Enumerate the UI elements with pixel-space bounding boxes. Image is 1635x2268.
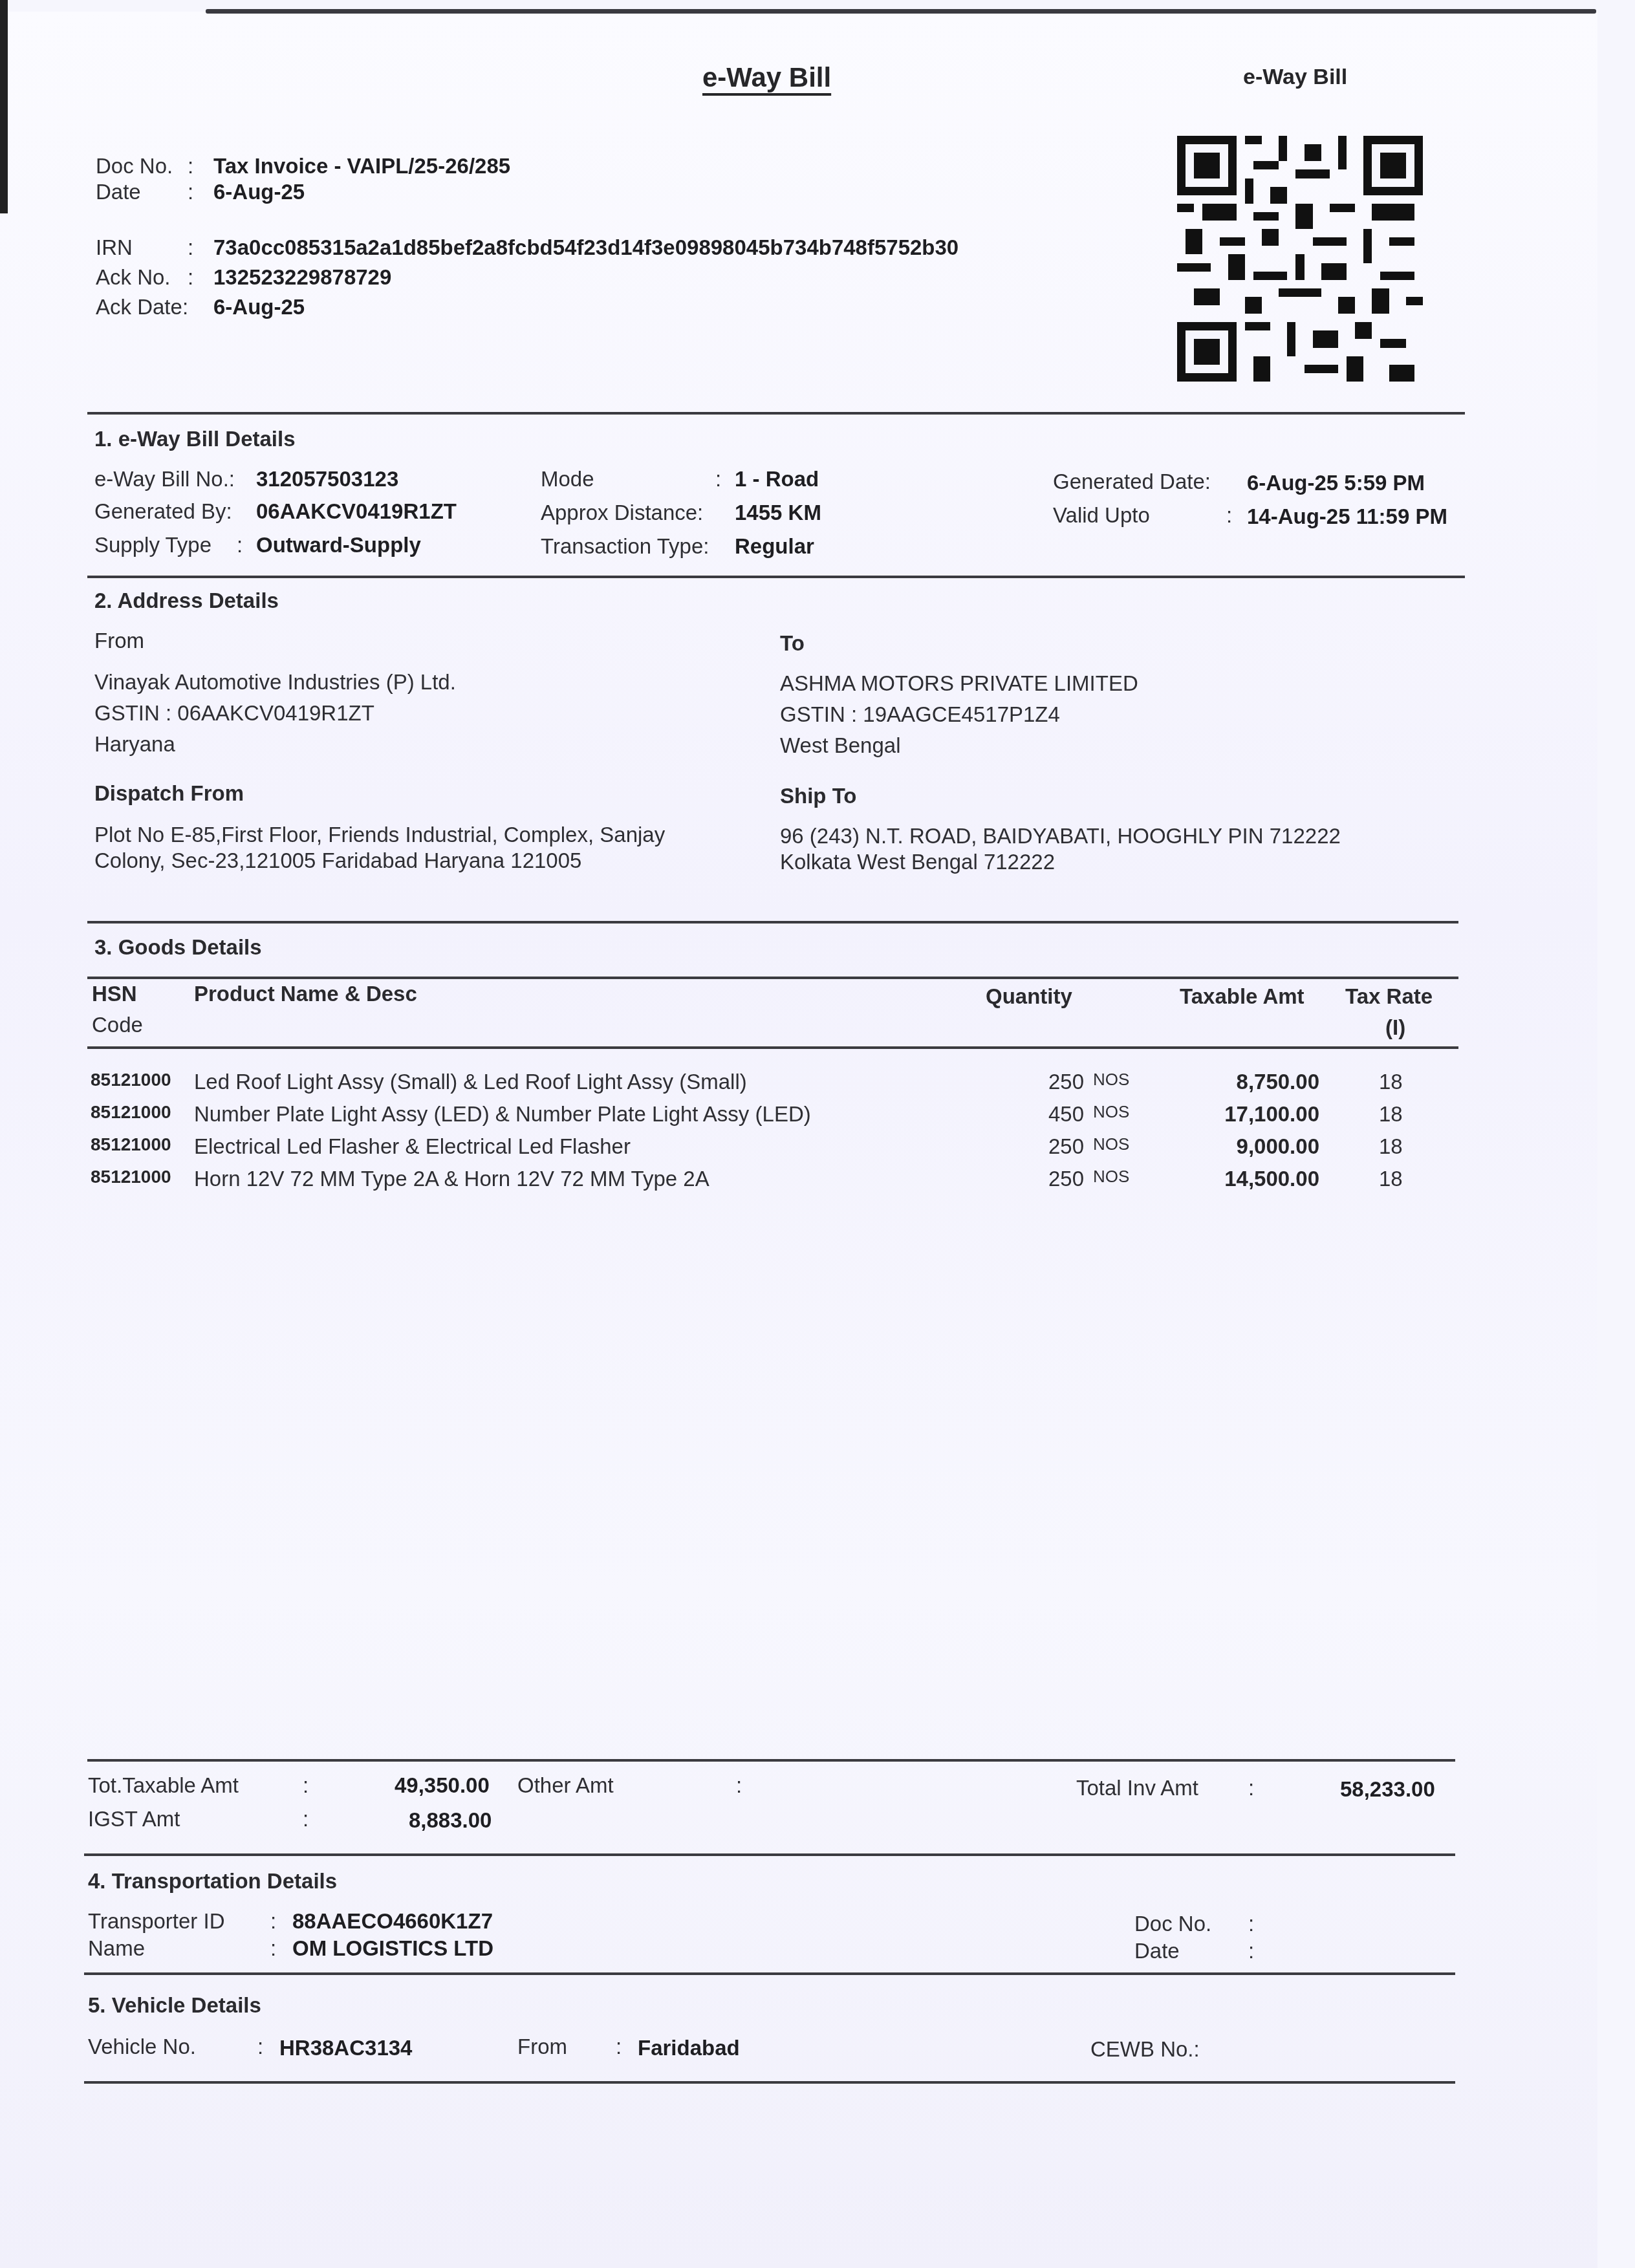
goods-unit: NOS — [1093, 1070, 1129, 1090]
goods-tax-rate: 18 — [1379, 1167, 1403, 1191]
goods-qty: 250 — [1039, 1070, 1084, 1094]
colon: : — [188, 265, 193, 290]
to-label: To — [780, 631, 805, 656]
generated-date-value: 6-Aug-25 5:59 PM — [1247, 471, 1425, 495]
colon: : — [188, 154, 193, 178]
col-tax-rate: Tax Rate — [1345, 984, 1433, 1009]
ack-no-label: Ack No. — [96, 265, 171, 290]
ewb-no-label: e-Way Bill No.: — [94, 467, 235, 491]
doc-no-value: Tax Invoice - VAIPL/25-26/285 — [213, 154, 510, 178]
colon: : — [1248, 1912, 1254, 1936]
goods-tax-rate: 18 — [1379, 1134, 1403, 1159]
col-tax-rate-type: (I) — [1385, 1015, 1405, 1040]
colon: : — [1248, 1776, 1254, 1800]
igst-value: 8,883.00 — [409, 1808, 492, 1833]
goods-desc: Number Plate Light Assy (LED) & Number P… — [194, 1102, 811, 1127]
date-label: Date — [96, 180, 141, 204]
goods-qty: 250 — [1039, 1167, 1084, 1191]
divider — [87, 1046, 1458, 1049]
vehicle-no-label: Vehicle No. — [88, 2035, 196, 2059]
col-hsn-code: Code — [92, 1013, 143, 1037]
goods-qty: 250 — [1039, 1134, 1084, 1159]
igst-label: IGST Amt — [88, 1807, 180, 1831]
other-amt-label: Other Amt — [517, 1773, 614, 1798]
to-state: West Bengal — [780, 733, 901, 758]
ship-address-line2: Kolkata West Bengal 712222 — [780, 850, 1055, 874]
divider — [87, 412, 1465, 415]
section-vehicle-title: 5. Vehicle Details — [88, 1993, 261, 2018]
col-taxable: Taxable Amt — [1180, 984, 1305, 1009]
irn-label: IRN — [96, 235, 133, 260]
goods-amount: 8,750.00 — [1151, 1070, 1319, 1094]
transporter-id-label: Transporter ID — [88, 1909, 225, 1934]
goods-hsn: 85121000 — [91, 1134, 171, 1155]
col-hsn: HSN — [92, 982, 137, 1006]
from-gstin: GSTIN : 06AAKCV0419R1ZT — [94, 701, 374, 726]
dispatch-from-label: Dispatch From — [94, 781, 244, 806]
ack-date-label: Ack Date: — [96, 295, 188, 319]
colon: : — [1226, 503, 1232, 528]
vehicle-from-value: Faridabad — [638, 2036, 740, 2060]
vehicle-from-label: From — [517, 2035, 567, 2059]
colon: : — [303, 1773, 309, 1798]
qr-caption: e-Way Bill — [1243, 65, 1347, 90]
vehicle-no-value: HR38AC3134 — [279, 2036, 412, 2060]
colon: : — [257, 2035, 263, 2059]
ship-to-label: Ship To — [780, 784, 857, 808]
ack-no-value: 132523229878729 — [213, 265, 391, 290]
colon: : — [188, 235, 193, 260]
transport-date-label: Date — [1134, 1939, 1180, 1963]
transporter-name-label: Name — [88, 1936, 145, 1961]
distance-label: Approx Distance: — [541, 501, 703, 525]
goods-amount: 14,500.00 — [1151, 1167, 1319, 1191]
mode-value: 1 - Road — [735, 467, 819, 491]
total-inv-value: 58,233.00 — [1340, 1777, 1435, 1802]
divider — [87, 977, 1458, 979]
qr-code-icon — [1177, 136, 1423, 382]
transporter-name-value: OM LOGISTICS LTD — [292, 1936, 493, 1961]
goods-hsn: 85121000 — [91, 1070, 171, 1090]
transport-doc-no-label: Doc No. — [1134, 1912, 1211, 1936]
transaction-type-value: Regular — [735, 534, 814, 559]
colon: : — [237, 533, 243, 557]
goods-tax-rate: 18 — [1379, 1070, 1403, 1094]
col-quantity: Quantity — [986, 984, 1072, 1009]
divider — [87, 576, 1465, 578]
colon: : — [1248, 1939, 1254, 1963]
from-label: From — [94, 629, 144, 653]
goods-amount: 17,100.00 — [1151, 1102, 1319, 1127]
colon: : — [188, 180, 193, 204]
goods-hsn: 85121000 — [91, 1167, 171, 1187]
goods-tax-rate: 18 — [1379, 1102, 1403, 1127]
page-title: e-Way Bill — [702, 62, 831, 93]
page-top-edge — [206, 9, 1596, 14]
valid-upto-label: Valid Upto — [1053, 503, 1150, 528]
scan-edge — [0, 0, 8, 213]
supply-type-label: Supply Type — [94, 533, 211, 557]
col-product: Product Name & Desc — [194, 982, 417, 1006]
date-value: 6-Aug-25 — [213, 180, 305, 204]
colon: : — [270, 1909, 276, 1934]
goods-unit: NOS — [1093, 1134, 1129, 1154]
irn-value: 73a0cc085315a2a1d85bef2a8fcbd54f23d14f3e… — [213, 235, 958, 260]
distance-value: 1455 KM — [735, 501, 821, 525]
mode-label: Mode — [541, 467, 594, 491]
colon: : — [616, 2035, 622, 2059]
total-inv-label: Total Inv Amt — [1076, 1776, 1198, 1800]
tot-taxable-label: Tot.Taxable Amt — [88, 1773, 239, 1798]
generated-by-value: 06AAKCV0419R1ZT — [256, 499, 457, 524]
goods-hsn: 85121000 — [91, 1102, 171, 1123]
goods-qty: 450 — [1039, 1102, 1084, 1127]
goods-desc: Horn 12V 72 MM Type 2A & Horn 12V 72 MM … — [194, 1167, 709, 1191]
divider — [84, 1972, 1455, 1975]
goods-unit: NOS — [1093, 1102, 1129, 1122]
section-ewb-details-title: 1. e-Way Bill Details — [94, 427, 296, 451]
section-address-title: 2. Address Details — [94, 589, 279, 613]
ewb-no-value: 312057503123 — [256, 467, 398, 491]
goods-unit: NOS — [1093, 1167, 1129, 1187]
cewb-no-label: CEWB No.: — [1090, 2037, 1200, 2062]
colon: : — [270, 1936, 276, 1961]
tot-taxable-value: 49,350.00 — [395, 1773, 490, 1798]
from-state: Haryana — [94, 732, 175, 757]
divider — [84, 2081, 1455, 2084]
colon: : — [715, 467, 721, 491]
divider — [84, 1853, 1455, 1856]
section-transport-title: 4. Transportation Details — [88, 1869, 337, 1894]
supply-type-value: Outward-Supply — [256, 533, 421, 557]
to-name: ASHMA MOTORS PRIVATE LIMITED — [780, 671, 1138, 696]
generated-date-label: Generated Date: — [1053, 470, 1211, 494]
transporter-id-value: 88AAECO4660K1Z7 — [292, 1909, 493, 1934]
dispatch-address-line1: Plot No E-85,First Floor, Friends Indust… — [94, 823, 665, 847]
doc-no-label: Doc No. — [96, 154, 173, 178]
dispatch-address-line2: Colony, Sec-23,121005 Faridabad Haryana … — [94, 848, 581, 873]
to-gstin: GSTIN : 19AAGCE4517P1Z4 — [780, 702, 1060, 727]
transaction-type-label: Transaction Type: — [541, 534, 709, 559]
goods-amount: 9,000.00 — [1151, 1134, 1319, 1159]
ack-date-value: 6-Aug-25 — [213, 295, 305, 319]
valid-upto-value: 14-Aug-25 11:59 PM — [1247, 504, 1447, 529]
goods-desc: Led Roof Light Assy (Small) & Led Roof L… — [194, 1070, 747, 1094]
goods-desc: Electrical Led Flasher & Electrical Led … — [194, 1134, 631, 1159]
ship-address-line1: 96 (243) N.T. ROAD, BAIDYABATI, HOOGHLY … — [780, 824, 1341, 848]
from-name: Vinayak Automotive Industries (P) Ltd. — [94, 670, 456, 695]
colon: : — [736, 1773, 742, 1798]
generated-by-label: Generated By: — [94, 499, 232, 524]
section-goods-title: 3. Goods Details — [94, 935, 262, 960]
colon: : — [303, 1807, 309, 1831]
divider — [87, 921, 1458, 923]
divider — [87, 1759, 1455, 1762]
